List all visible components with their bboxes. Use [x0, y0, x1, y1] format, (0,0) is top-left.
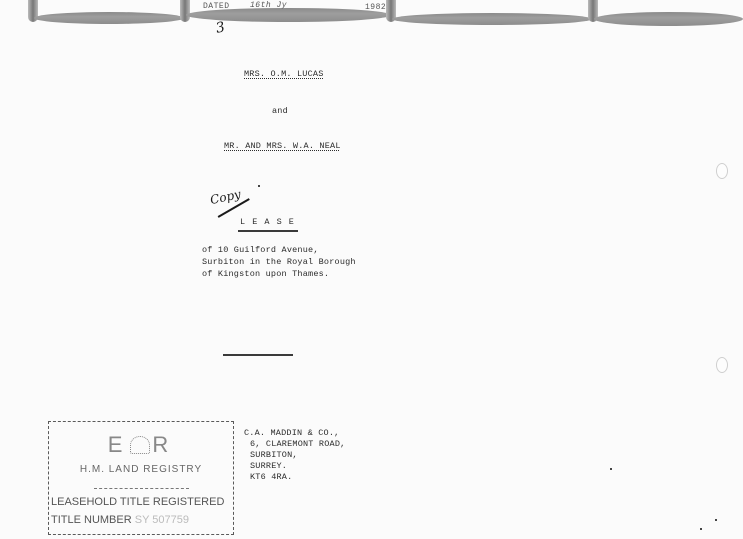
stamp-leasehold-line: LEASEHOLD TITLE REGISTERED: [51, 496, 224, 508]
second-party: MR. AND MRS. W.A. NEAL: [224, 141, 341, 151]
description-line: of Kingston upon Thames.: [202, 268, 356, 280]
title-number-label: TITLE NUMBER: [51, 514, 132, 526]
land-registry-stamp: ER H.M. LAND REGISTRY LEASEHOLD TITLE RE…: [48, 421, 234, 535]
title-number-value: SY 507759: [135, 514, 189, 526]
property-description: of 10 Guilford Avenue, Surbiton in the R…: [202, 244, 356, 280]
ink-speck: [610, 468, 612, 470]
ink-speck: [258, 185, 260, 187]
cipher-letter-e: E: [108, 432, 129, 457]
ribbon-segment: [392, 13, 592, 25]
ribbon-knot: [180, 0, 190, 22]
address-line: KT6 4RA.: [244, 472, 345, 483]
first-party: MRS. O.M. LUCAS: [244, 69, 324, 79]
ribbon-year: 1982: [365, 3, 386, 12]
ribbon-dated-label: DATED: [203, 2, 230, 11]
separator-rule: [223, 354, 293, 356]
ribbon-segment: [594, 12, 743, 26]
address-line: SURBITON,: [244, 450, 345, 461]
title-underline: [238, 230, 298, 232]
address-line: C.A. MADDIN & CO.,: [244, 428, 345, 439]
stamp-divider: [94, 488, 189, 489]
ink-speck: [715, 519, 717, 521]
description-line: of 10 Guilford Avenue,: [202, 244, 356, 256]
document-title: L E A S E: [240, 217, 295, 227]
ink-speck: [700, 528, 702, 530]
royal-cipher: ER: [49, 432, 233, 458]
stamp-title-number-line: TITLE NUMBER SY 507759: [51, 514, 189, 526]
crown-icon: [130, 436, 150, 454]
cipher-letter-r: R: [152, 432, 174, 457]
address-line: SURREY.: [244, 461, 345, 472]
solicitor-address: C.A. MADDIN & CO., 6, CLAREMONT ROAD, SU…: [244, 428, 345, 483]
description-line: Surbiton in the Royal Borough: [202, 256, 356, 268]
punch-hole: [716, 357, 728, 373]
ribbon-segment: [34, 12, 184, 24]
stamp-office-name: H.M. LAND REGISTRY: [49, 464, 233, 475]
punch-hole: [716, 163, 728, 179]
party-conjunction: and: [272, 106, 288, 116]
address-line: 6, CLAREMONT ROAD,: [244, 439, 345, 450]
ribbon-date-scrawl: 16th Jy: [250, 1, 287, 10]
binding-ribbon: DATED 16th Jy 1982: [0, 0, 743, 30]
